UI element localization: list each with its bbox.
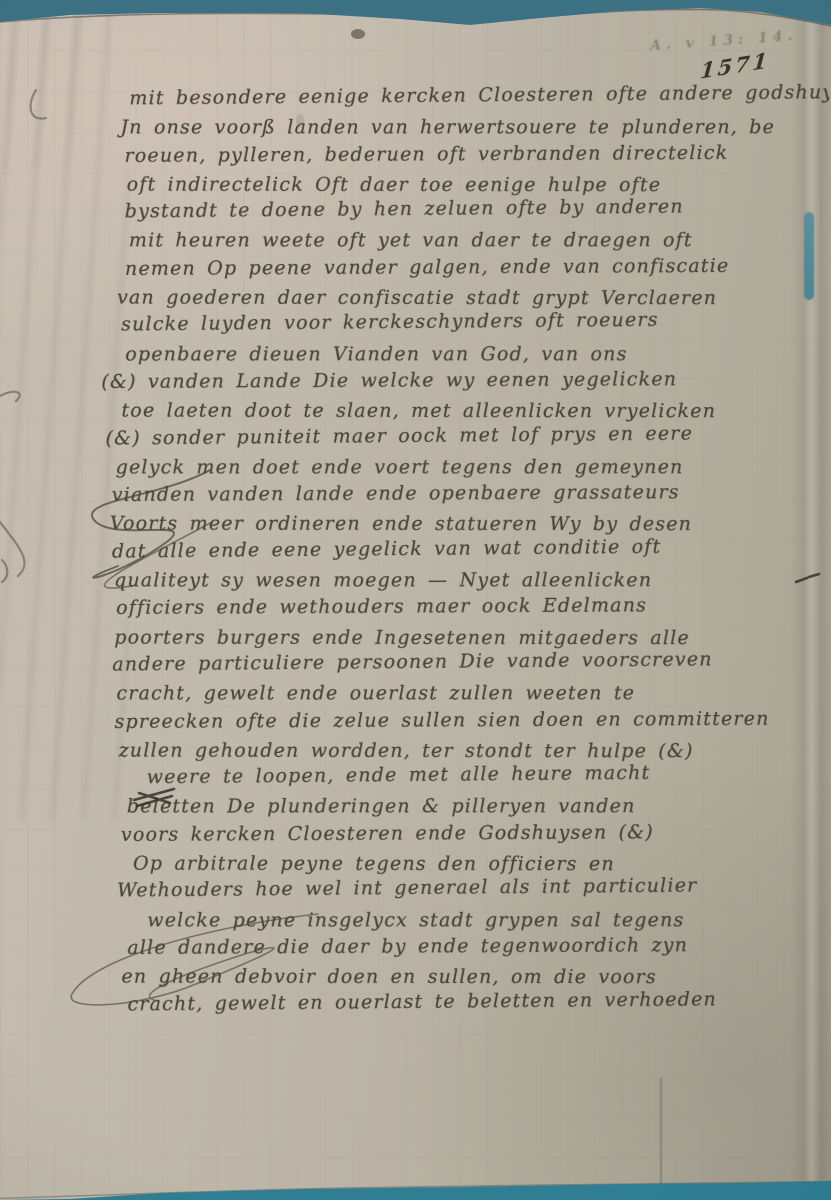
manuscript-line: mit besondere eenige kercken Cloesteren … — [4, 83, 829, 114]
manuscript-line: (&) vanden Lande Die welcke wy eenen yeg… — [5, 364, 830, 396]
manuscript-line: spreecken ofte die zelue sullen sien doe… — [6, 704, 831, 736]
manuscript-line: Jn onse voorß landen van herwertsouere t… — [4, 113, 829, 142]
manuscript-line: weere te loopen, ende met alle heure mac… — [7, 757, 831, 792]
paper-crease — [660, 1078, 662, 1190]
manuscript-line: nemen Op peene vander galgen, ende van c… — [5, 251, 830, 283]
manuscript-line: officiers ende wethouders maer oock Edel… — [6, 591, 831, 623]
table-gap-sliver — [804, 212, 814, 300]
manuscript-page: A. v 13: 14. 1571 mit besondere eenige k… — [0, 0, 831, 1200]
manuscript-text-block: mit besondere eenige kercken Cloesteren … — [4, 83, 831, 1046]
manuscript-line: andere particuliere persoonen Die vande … — [6, 644, 831, 679]
manuscript-line: mit heuren weete oft yet van daer te dra… — [5, 227, 830, 256]
manuscript-line: alle dandere die daer by ende tegenwoord… — [7, 930, 831, 962]
manuscript-line: vianden vanden lande ende openbaere gras… — [6, 478, 831, 510]
manuscript-line: cracht, gewelt ende ouerlast zullen weet… — [6, 679, 831, 708]
manuscript-line: voors kercken Cloesteren ende Godshuysen… — [7, 817, 831, 849]
manuscript-line: Wethouders hoe wel int generael als int … — [7, 871, 831, 906]
manuscript-line: roeuen, pylleren, bederuen oft verbrande… — [5, 138, 830, 170]
manuscript-line: sulcke luyden voor kerckeschynders oft r… — [5, 305, 830, 340]
photograph-background: A. v 13: 14. 1571 mit besondere eenige k… — [0, 0, 831, 1200]
manuscript-line: beletten De plunderingen & pilleryen van… — [7, 793, 831, 822]
manuscript-line: bystandt te doene by hen zeluen ofte by … — [5, 191, 830, 226]
